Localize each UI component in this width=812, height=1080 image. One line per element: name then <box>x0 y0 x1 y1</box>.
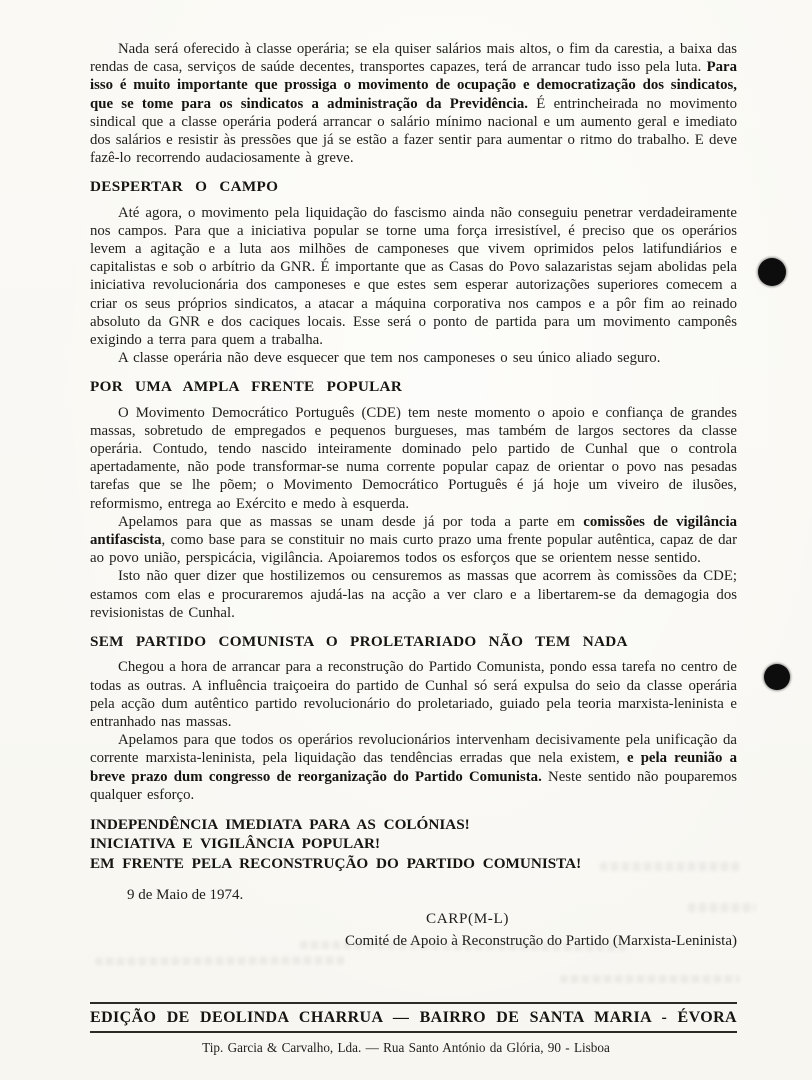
punch-hole-mark <box>758 258 786 286</box>
text-segment: Até agora, o movimento pela liquidação d… <box>90 205 737 348</box>
paragraph: Isto não quer dizer que hostilizemos ou … <box>90 567 737 622</box>
scanned-leaflet-page: Nada será oferecido à classe operária; s… <box>0 0 812 1080</box>
signature-name: Comité de Apoio à Reconstrução do Partid… <box>90 932 737 950</box>
footer-rule-bottom <box>90 1031 737 1033</box>
bleedthrough-artifact <box>95 956 345 965</box>
section-heading-frente-popular: POR UMA AMPLA FRENTE POPULAR <box>90 378 737 396</box>
text-segment: Apelamos para que as massas se unam desd… <box>118 514 583 530</box>
signature-acronym: CARP(M-L) <box>90 910 737 928</box>
paragraph: A classe operária não deve esquecer que … <box>90 349 737 367</box>
slogans-block: INDEPENDÊNCIA IMEDIATA PARA AS COLÓNIAS!… <box>90 815 737 874</box>
section-heading-partido-comunista: SEM PARTIDO COMUNISTA O PROLETARIADO NÃO… <box>90 633 737 651</box>
text-segment: Chegou a hora de arrancar para a reconst… <box>90 659 737 730</box>
footer-rule-top <box>90 1002 737 1004</box>
text-segment: , como base para se constituir no mais c… <box>90 532 737 566</box>
imprint-footer: EDIÇÃO DE DEOLINDA CHARRUA — BAIRRO DE S… <box>0 1002 812 1080</box>
signature-block: CARP(M-L) Comité de Apoio à Reconstrução… <box>90 910 737 950</box>
section-heading-despertar-o-campo: DESPERTAR O CAMPO <box>90 178 737 196</box>
text-segment: Nada será oferecido à classe operária; s… <box>90 41 737 75</box>
text-segment: Isto não quer dizer que hostilizemos ou … <box>90 568 737 620</box>
paragraph: Apelamos para que as massas se unam desd… <box>90 513 737 568</box>
paragraph: Chegou a hora de arrancar para a reconst… <box>90 658 737 731</box>
edition-banner: EDIÇÃO DE DEOLINDA CHARRUA — BAIRRO DE S… <box>90 1009 737 1027</box>
punch-hole-mark <box>764 664 790 690</box>
slogan-line: EM FRENTE PELA RECONSTRUÇÃO DO PARTIDO C… <box>90 854 737 874</box>
printer-credit: Tip. Garcia & Carvalho, Lda. — Rua Santo… <box>0 1040 812 1056</box>
document-body: Nada será oferecido à classe operária; s… <box>0 0 812 950</box>
paragraph: Apelamos para que todos os operários rev… <box>90 731 737 804</box>
paragraph: O Movimento Democrático Português (CDE) … <box>90 404 737 513</box>
text-segment: A classe operária não deve esquecer que … <box>118 350 660 366</box>
intro-paragraph: Nada será oferecido à classe operária; s… <box>90 40 737 167</box>
slogan-line: INICIATIVA E VIGILÂNCIA POPULAR! <box>90 834 737 854</box>
text-segment: O Movimento Democrático Português (CDE) … <box>90 405 737 512</box>
bleedthrough-artifact <box>560 975 740 983</box>
paragraph: Até agora, o movimento pela liquidação d… <box>90 204 737 350</box>
date-line: 9 de Maio de 1974. <box>90 886 737 904</box>
slogan-line: INDEPENDÊNCIA IMEDIATA PARA AS COLÓNIAS! <box>90 815 737 835</box>
